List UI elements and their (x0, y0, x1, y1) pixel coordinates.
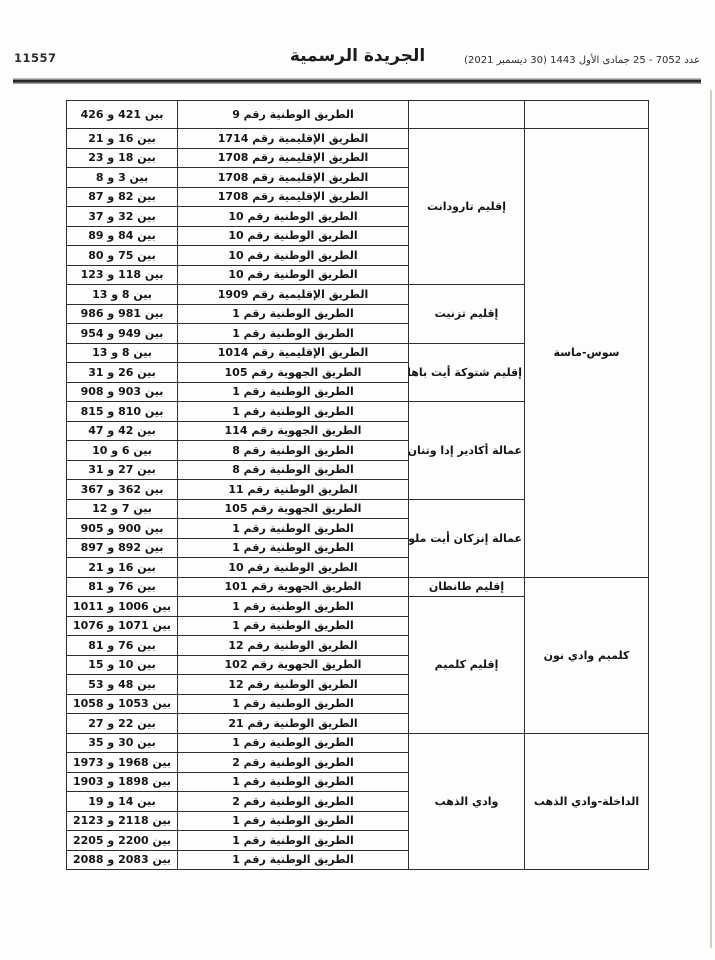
roads-table-body: الطريق الوطنية رقم 9بين 421 و 426سوس-ماس… (67, 101, 649, 870)
km-cell: بين 75 و 80 (67, 246, 178, 266)
km-cell: بين 2200 و 2205 (67, 831, 178, 851)
km-cell: بين 16 و 21 (67, 129, 178, 149)
table-row: الطريق الوطنية رقم 9بين 421 و 426 (67, 101, 649, 129)
road-cell: الطريق الوطنية رقم 1 (178, 519, 409, 539)
road-cell: الطريق الوطنية رقم 10 (178, 246, 409, 266)
km-cell: بين 1006 و 1011 (67, 597, 178, 617)
km-cell: بين 2083 و 2088 (67, 850, 178, 870)
road-cell: الطريق الوطنية رقم 1 (178, 382, 409, 402)
road-cell: الطريق الوطنية رقم 1 (178, 831, 409, 851)
province-cell: إقليم طانطان (409, 577, 525, 597)
table-row: سوس-ماسةإقليم تارودانتالطريق الإقليمية ر… (67, 129, 649, 149)
km-cell: بين 18 و 23 (67, 148, 178, 168)
road-cell: الطريق الإقليمية رقم 1714 (178, 129, 409, 149)
km-cell: بين 1071 و 1076 (67, 616, 178, 636)
issue-info: عدد 7052 - 25 جمادى الأول 1443 (30 ديسمب… (464, 55, 700, 66)
road-cell: الطريق الوطنية رقم 10 (178, 558, 409, 578)
km-cell: بين 362 و 367 (67, 480, 178, 500)
km-cell: بين 810 و 815 (67, 402, 178, 422)
table-row: الداخلة-وادي الذهبوادي الذهبالطريق الوطن… (67, 733, 649, 753)
km-cell: بين 26 و 31 (67, 363, 178, 383)
table-row: كلميم وادي نونإقليم طانطانالطريق الجهوية… (67, 577, 649, 597)
road-cell: الطريق الجهوية رقم 102 (178, 655, 409, 675)
km-cell: بين 82 و 87 (67, 187, 178, 207)
road-cell: الطريق الوطنية رقم 1 (178, 402, 409, 422)
km-cell: بين 42 و 47 (67, 421, 178, 441)
province-cell: إقليم تارودانت (409, 129, 525, 285)
road-cell: الطريق الوطنية رقم 1 (178, 694, 409, 714)
road-cell: الطريق الوطنية رقم 9 (178, 101, 409, 129)
km-cell: بين 1968 و 1973 (67, 753, 178, 773)
road-cell: الطريق الوطنية رقم 1 (178, 850, 409, 870)
roads-table: الطريق الوطنية رقم 9بين 421 و 426سوس-ماس… (66, 100, 649, 870)
km-cell: بين 7 و 12 (67, 499, 178, 519)
region-cell: كلميم وادي نون (525, 577, 649, 733)
road-cell: الطريق الجهوية رقم 105 (178, 499, 409, 519)
road-cell: الطريق الوطنية رقم 1 (178, 304, 409, 324)
road-cell: الطريق الجهوية رقم 105 (178, 363, 409, 383)
km-cell: بين 8 و 13 (67, 285, 178, 305)
road-cell: الطريق الوطنية رقم 12 (178, 636, 409, 656)
km-cell: بين 892 و 897 (67, 538, 178, 558)
road-cell: الطريق الوطنية رقم 1 (178, 733, 409, 753)
km-cell: بين 981 و 986 (67, 304, 178, 324)
km-cell: بين 1898 و 1903 (67, 772, 178, 792)
road-cell: الطريق الجهوية رقم 114 (178, 421, 409, 441)
road-cell: الطريق الإقليمية رقم 1708 (178, 148, 409, 168)
km-cell: بين 118 و 123 (67, 265, 178, 285)
km-cell: بين 421 و 426 (67, 101, 178, 129)
km-cell: بين 22 و 27 (67, 714, 178, 734)
km-cell: بين 3 و 8 (67, 168, 178, 188)
province-cell: إقليم كلميم (409, 597, 525, 734)
km-cell: بين 14 و 19 (67, 792, 178, 812)
province-cell: عمالة إنزكان أيت ملول (409, 499, 525, 577)
road-cell: الطريق الوطنية رقم 2 (178, 753, 409, 773)
km-cell: بين 30 و 35 (67, 733, 178, 753)
road-cell: الطريق الوطنية رقم 10 (178, 265, 409, 285)
km-cell: بين 2118 و 2123 (67, 811, 178, 831)
km-cell: بين 949 و 954 (67, 324, 178, 344)
road-cell: الطريق الإقليمية رقم 1708 (178, 168, 409, 188)
road-cell: الطريق الوطنية رقم 8 (178, 441, 409, 461)
province-cell: إقليم تزنيت (409, 285, 525, 344)
km-cell: بين 8 و 13 (67, 343, 178, 363)
road-cell: الطريق الوطنية رقم 1 (178, 772, 409, 792)
road-cell: الطريق الوطنية رقم 21 (178, 714, 409, 734)
road-cell: الطريق الإقليمية رقم 1708 (178, 187, 409, 207)
road-cell: الطريق الوطنية رقم 2 (178, 792, 409, 812)
region-cell: الداخلة-وادي الذهب (525, 733, 649, 870)
km-cell: بين 16 و 21 (67, 558, 178, 578)
scan-edge-artifact (710, 90, 712, 948)
km-cell: بين 48 و 53 (67, 675, 178, 695)
road-cell: الطريق الوطنية رقم 1 (178, 811, 409, 831)
province-cell: عمالة أكادير إدا وتنان (409, 402, 525, 500)
road-cell: الطريق الوطنية رقم 1 (178, 597, 409, 617)
road-cell: الطريق الوطنية رقم 8 (178, 460, 409, 480)
province-cell: إقليم شتوكة أيت باها (409, 343, 525, 402)
km-cell: بين 6 و 10 (67, 441, 178, 461)
road-cell: الطريق الإقليمية رقم 1014 (178, 343, 409, 363)
region-cell: سوس-ماسة (525, 129, 649, 578)
road-cell: الطريق الوطنية رقم 10 (178, 207, 409, 227)
header-rule (13, 78, 701, 84)
province-cell: وادي الذهب (409, 733, 525, 870)
province-cell (409, 101, 525, 129)
roads-table-wrap: الطريق الوطنية رقم 9بين 421 و 426سوس-ماس… (66, 100, 648, 870)
road-cell: الطريق الوطنية رقم 12 (178, 675, 409, 695)
road-cell: الطريق الجهوية رقم 101 (178, 577, 409, 597)
km-cell: بين 900 و 905 (67, 519, 178, 539)
km-cell: بين 27 و 31 (67, 460, 178, 480)
km-cell: بين 10 و 15 (67, 655, 178, 675)
km-cell: بين 32 و 37 (67, 207, 178, 227)
region-cell (525, 101, 649, 129)
road-cell: الطريق الوطنية رقم 1 (178, 324, 409, 344)
road-cell: الطريق الوطنية رقم 1 (178, 616, 409, 636)
km-cell: بين 903 و 908 (67, 382, 178, 402)
km-cell: بين 84 و 89 (67, 226, 178, 246)
road-cell: الطريق الوطنية رقم 11 (178, 480, 409, 500)
road-cell: الطريق الوطنية رقم 10 (178, 226, 409, 246)
road-cell: الطريق الوطنية رقم 1 (178, 538, 409, 558)
road-cell: الطريق الإقليمية رقم 1909 (178, 285, 409, 305)
km-cell: بين 76 و 81 (67, 577, 178, 597)
km-cell: بين 1053 و 1058 (67, 694, 178, 714)
km-cell: بين 76 و 81 (67, 636, 178, 656)
